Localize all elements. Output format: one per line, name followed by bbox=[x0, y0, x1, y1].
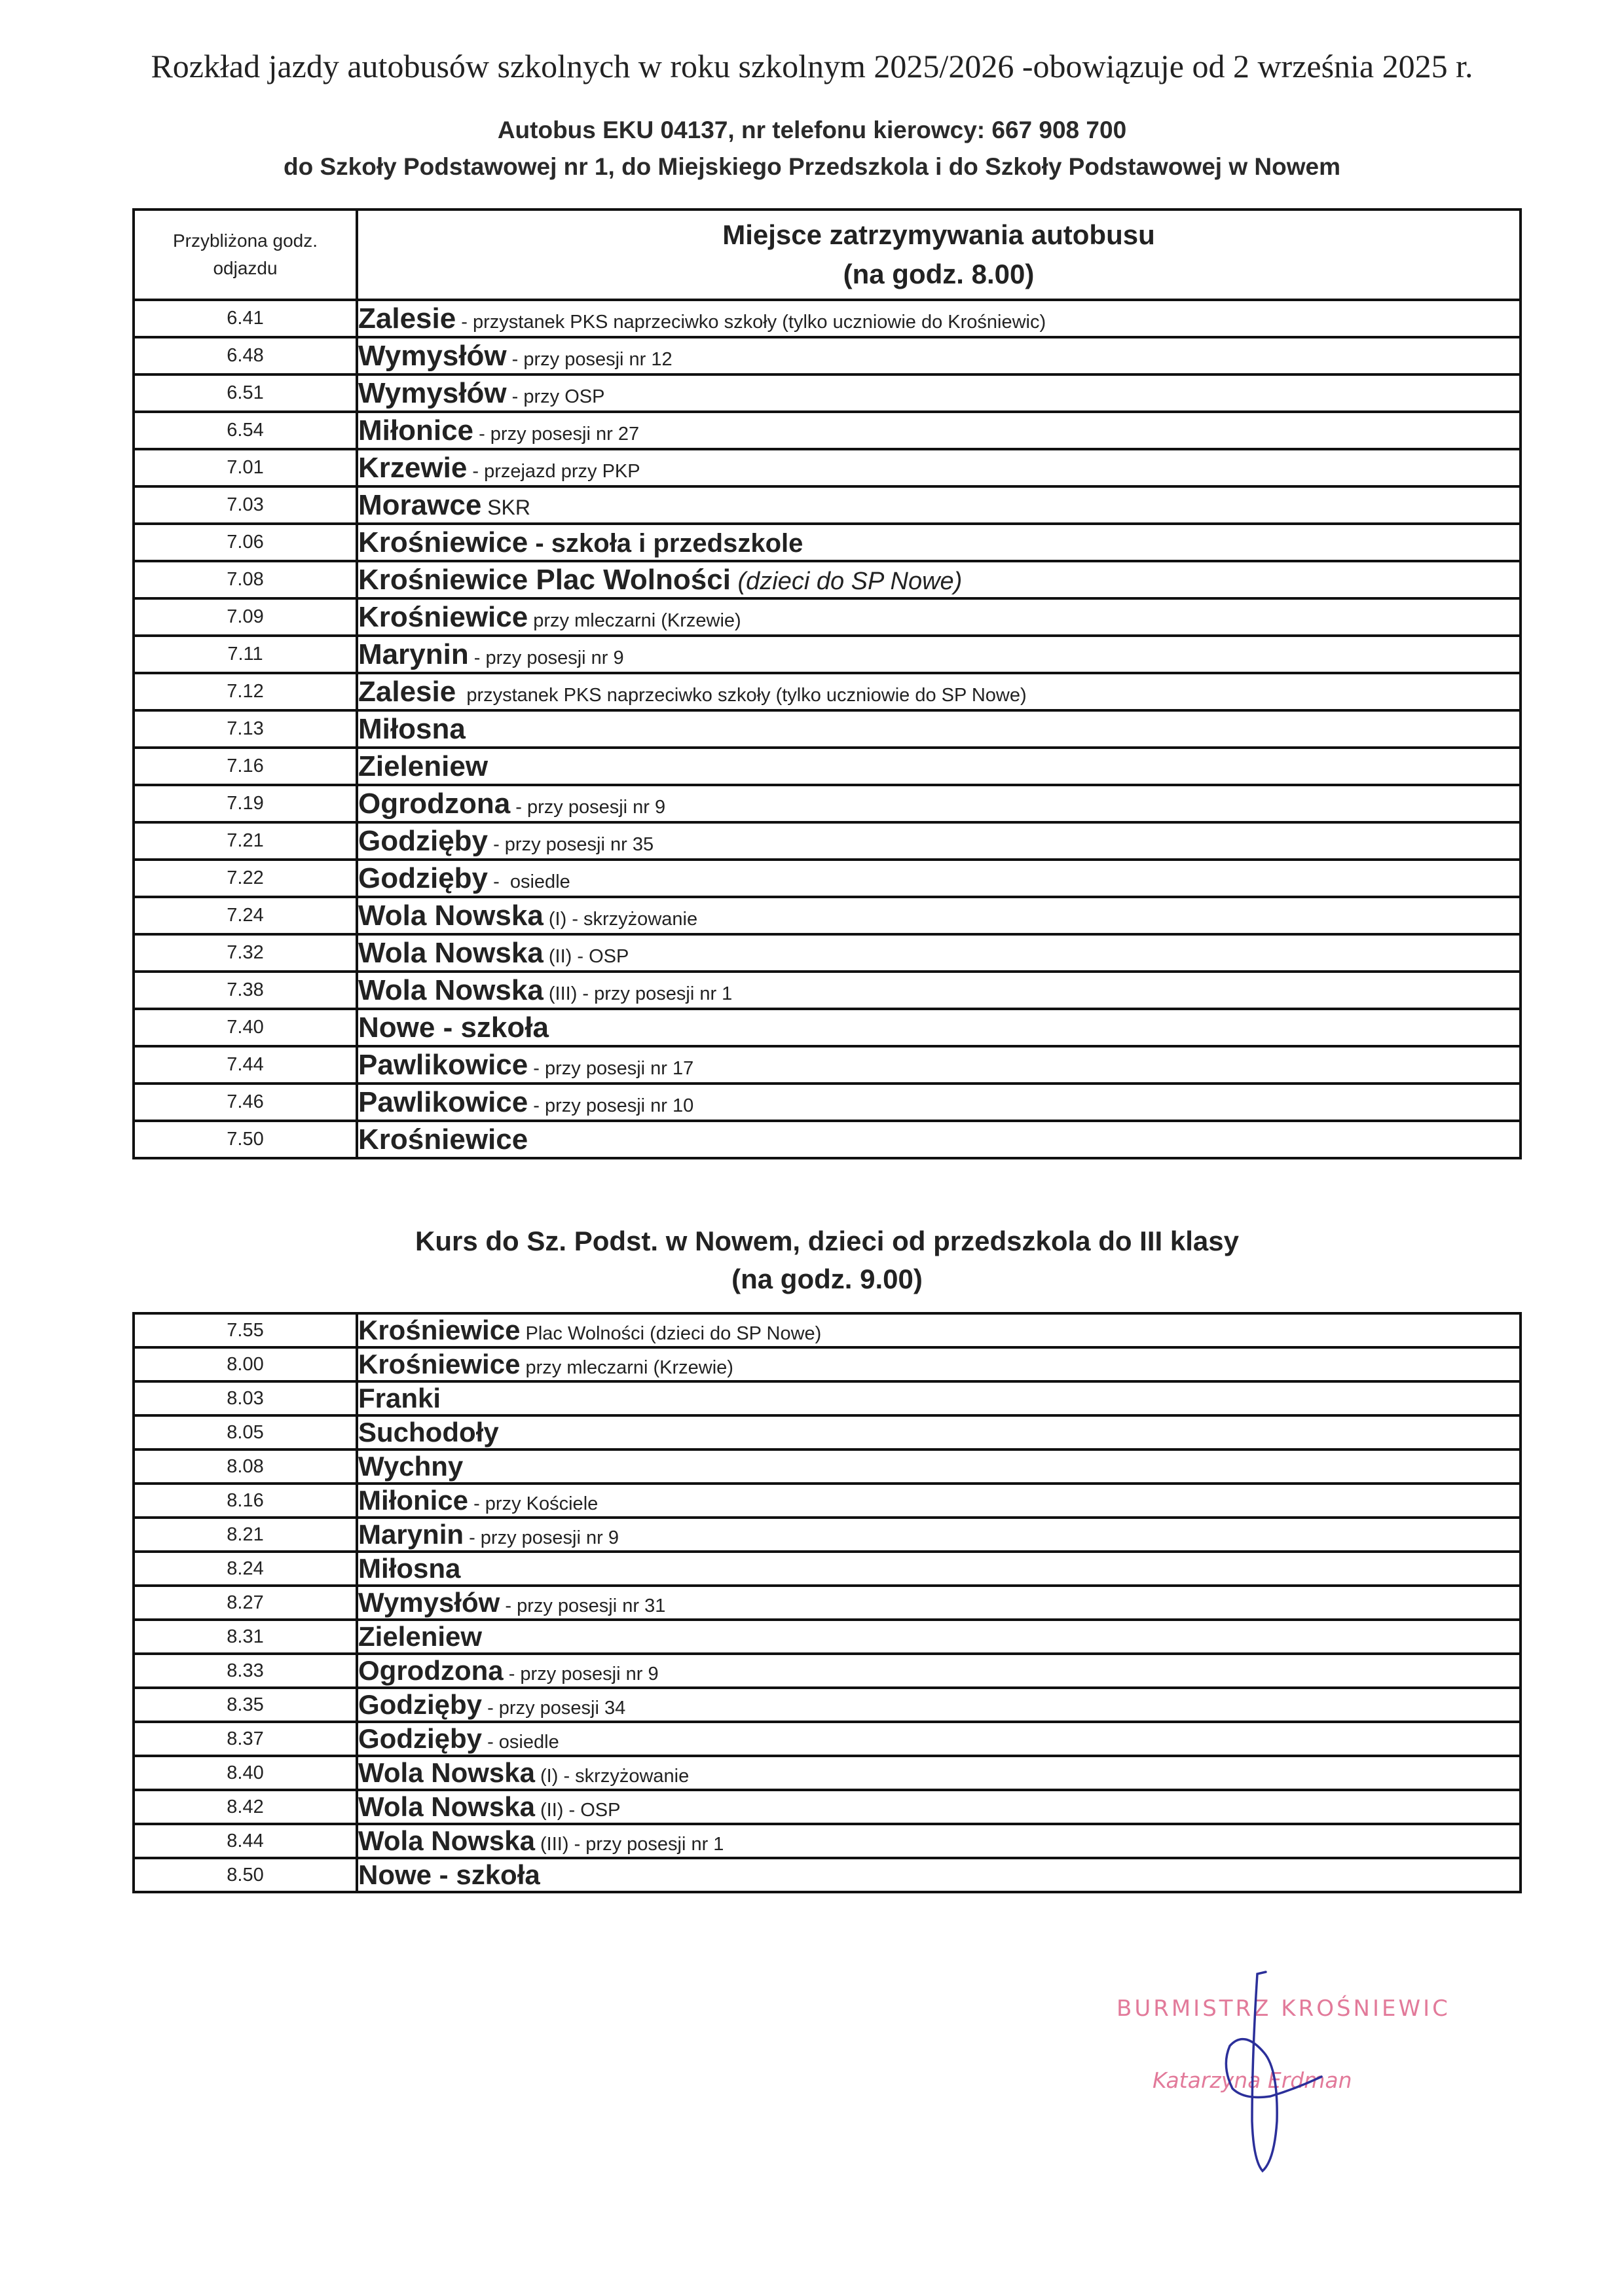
stop-detail: - przy posesji nr 9 bbox=[469, 647, 624, 668]
stop-name: Wola Nowska bbox=[358, 1791, 535, 1822]
departure-time: 8.16 bbox=[134, 1484, 357, 1518]
departure-time: 8.05 bbox=[134, 1415, 357, 1449]
stop-detail: - przy posesji nr 27 bbox=[473, 424, 639, 445]
header-time-line2: odjazdu bbox=[135, 255, 356, 282]
departure-time: 7.19 bbox=[134, 785, 357, 822]
table-row: 8.03Franki bbox=[134, 1381, 1521, 1415]
table-row: 6.48Wymysłów - przy posesji nr 12 bbox=[134, 337, 1521, 374]
stop-name: Marynin bbox=[358, 638, 469, 670]
stop-name: Wychny bbox=[358, 1451, 463, 1482]
stop-place: Miłonice - przy posesji nr 27 bbox=[357, 412, 1521, 449]
stop-detail: (III) - przy posesji nr 1 bbox=[544, 983, 732, 1004]
stop-name: Suchodoły bbox=[358, 1417, 499, 1448]
table-row: 8.16Miłonice - przy Kościele bbox=[134, 1484, 1521, 1518]
handwritten-signature-icon bbox=[1080, 1925, 1506, 2174]
departure-time: 6.41 bbox=[134, 300, 357, 337]
stop-place: Wola Nowska (I) - skrzyżowanie bbox=[357, 897, 1521, 934]
table-row: 7.12Zalesie przystanek PKS naprzeciwko s… bbox=[134, 673, 1521, 710]
table-row: 7.08Krośniewice Plac Wolności (dzieci do… bbox=[134, 561, 1521, 598]
departure-time: 8.33 bbox=[134, 1654, 357, 1688]
departure-time: 6.51 bbox=[134, 374, 357, 412]
stop-place: Godzięby - osiedle bbox=[357, 1722, 1521, 1756]
table-row: 7.06Krośniewice - szkoła i przedszkole bbox=[134, 524, 1521, 561]
table-row: 6.51Wymysłów - przy OSP bbox=[134, 374, 1521, 412]
table-row: 8.31Zieleniew bbox=[134, 1620, 1521, 1654]
departure-time: 7.12 bbox=[134, 673, 357, 710]
stop-place: Wola Nowska (III) - przy posesji nr 1 bbox=[357, 1824, 1521, 1858]
header-time-line1: Przybliżona godz. bbox=[135, 227, 356, 255]
stop-detail: przy mleczarni (Krzewie) bbox=[528, 610, 741, 631]
table-row: 8.40Wola Nowska (I) - skrzyżowanie bbox=[134, 1756, 1521, 1790]
stop-name: Wola Nowska bbox=[358, 900, 544, 932]
departure-time: 7.44 bbox=[134, 1046, 357, 1084]
stop-place: Wola Nowska (III) - przy posesji nr 1 bbox=[357, 972, 1521, 1009]
departure-time: 8.27 bbox=[134, 1586, 357, 1620]
stop-detail: (I) - skrzyżowanie bbox=[535, 1766, 689, 1787]
departure-time: 8.44 bbox=[134, 1824, 357, 1858]
stop-name: Morawce bbox=[358, 489, 481, 521]
departure-time: 7.24 bbox=[134, 897, 357, 934]
stop-name: Zalesie bbox=[358, 676, 456, 708]
departure-time: 8.40 bbox=[134, 1756, 357, 1790]
departure-time: 8.42 bbox=[134, 1790, 357, 1824]
table-row: 7.24Wola Nowska (I) - skrzyżowanie bbox=[134, 897, 1521, 934]
stop-detail: przystanek PKS naprzeciwko szkoły (tylko… bbox=[456, 685, 1026, 706]
table-row: 8.24Miłosna bbox=[134, 1552, 1521, 1586]
stop-place: Godzięby - osiedle bbox=[357, 860, 1521, 897]
header-place-line1: Miejsce zatrzymywania autobusu bbox=[358, 215, 1519, 255]
stop-name: Miłosna bbox=[358, 713, 466, 745]
departure-time: 7.22 bbox=[134, 860, 357, 897]
table-row: 8.21Marynin - przy posesji nr 9 bbox=[134, 1518, 1521, 1552]
section2-subheading: (na godz. 9.00) bbox=[132, 1264, 1522, 1295]
stop-place: Marynin - przy posesji nr 9 bbox=[357, 636, 1521, 673]
departure-time: 7.03 bbox=[134, 486, 357, 524]
stop-name: Godzięby bbox=[358, 825, 488, 857]
stop-place: Nowe - szkoła bbox=[357, 1858, 1521, 1892]
departure-time: 7.21 bbox=[134, 822, 357, 860]
stop-detail: przy mleczarni (Krzewie) bbox=[520, 1357, 733, 1378]
table-row: 7.32Wola Nowska (II) - OSP bbox=[134, 934, 1521, 972]
stop-place: Krzewie - przejazd przy PKP bbox=[357, 449, 1521, 486]
stop-detail: (II) - OSP bbox=[544, 946, 629, 967]
stop-name: Zieleniew bbox=[358, 750, 488, 782]
table-row: 7.13Miłosna bbox=[134, 710, 1521, 748]
table-row: 7.22Godzięby - osiedle bbox=[134, 860, 1521, 897]
stop-place: Godzięby - przy posesji 34 bbox=[357, 1688, 1521, 1722]
stop-name: Krośniewice bbox=[358, 1349, 520, 1379]
table-row: 7.21Godzięby - przy posesji nr 35 bbox=[134, 822, 1521, 860]
stop-name: Wola Nowska bbox=[358, 937, 544, 969]
stop-name: Krośniewice Plac Wolności bbox=[358, 564, 731, 596]
stop-detail: - przy Kościele bbox=[468, 1493, 598, 1514]
stop-name: Nowe - szkoła bbox=[358, 1859, 540, 1890]
stop-place: Miłosna bbox=[357, 710, 1521, 748]
departure-time: 8.00 bbox=[134, 1347, 357, 1381]
stop-place: Pawlikowice - przy posesji nr 17 bbox=[357, 1046, 1521, 1084]
stop-place: Morawce SKR bbox=[357, 486, 1521, 524]
stop-name: Wola Nowska bbox=[358, 1825, 535, 1856]
morning-schedule-rows: 6.41Zalesie - przystanek PKS naprzeciwko… bbox=[134, 300, 1521, 1158]
stop-name: Pawlikowice bbox=[358, 1049, 528, 1081]
departure-time: 8.24 bbox=[134, 1552, 357, 1586]
mayor-stamp: BURMISTRZ KROŚNIEWIC Katarzyna Erdman bbox=[1080, 1925, 1506, 2174]
departure-time: 7.13 bbox=[134, 710, 357, 748]
stop-name: Wola Nowska bbox=[358, 974, 544, 1006]
table-row: 7.19Ogrodzona - przy posesji nr 9 bbox=[134, 785, 1521, 822]
departure-time: 7.06 bbox=[134, 524, 357, 561]
stop-detail: - przy posesji nr 12 bbox=[507, 349, 673, 370]
stop-place: Wymysłów - przy posesji nr 12 bbox=[357, 337, 1521, 374]
header-stop-place: Miejsce zatrzymywania autobusu (na godz.… bbox=[357, 210, 1521, 300]
table-row: 8.42Wola Nowska (II) - OSP bbox=[134, 1790, 1521, 1824]
stop-detail: - przy posesji 34 bbox=[482, 1698, 625, 1719]
stop-place: Zieleniew bbox=[357, 1620, 1521, 1654]
stop-detail: - osiedle bbox=[482, 1732, 559, 1753]
stop-place: Wychny bbox=[357, 1449, 1521, 1484]
bus-info: Autobus EKU 04137, nr telefonu kierowcy:… bbox=[0, 117, 1624, 144]
stop-place: Suchodoły bbox=[357, 1415, 1521, 1449]
departure-time: 8.37 bbox=[134, 1722, 357, 1756]
table-row: 7.01Krzewie - przejazd przy PKP bbox=[134, 449, 1521, 486]
departure-time: 7.16 bbox=[134, 748, 357, 785]
stop-place: Pawlikowice - przy posesji nr 10 bbox=[357, 1084, 1521, 1121]
table-row: 7.03Morawce SKR bbox=[134, 486, 1521, 524]
stop-name: Godzięby bbox=[358, 862, 488, 894]
stop-place: Krośniewice bbox=[357, 1121, 1521, 1158]
stop-name: Wola Nowska bbox=[358, 1757, 535, 1788]
table-row: 7.46Pawlikowice - przy posesji nr 10 bbox=[134, 1084, 1521, 1121]
destination-info: do Szkoły Podstawowej nr 1, do Miejskieg… bbox=[0, 153, 1624, 181]
stop-place: Ogrodzona - przy posesji nr 9 bbox=[357, 785, 1521, 822]
stop-detail: (I) - skrzyżowanie bbox=[544, 909, 697, 930]
departure-time: 7.01 bbox=[134, 449, 357, 486]
table-row: 8.27Wymysłów - przy posesji nr 31 bbox=[134, 1586, 1521, 1620]
stop-name: Marynin bbox=[358, 1519, 464, 1550]
table-row: 7.55Krośniewice Plac Wolności (dzieci do… bbox=[134, 1313, 1521, 1347]
stop-name: Krośniewice bbox=[358, 1315, 520, 1345]
section2-heading: Kurs do Sz. Podst. w Nowem, dzieci od pr… bbox=[132, 1226, 1522, 1257]
departure-time: 7.32 bbox=[134, 934, 357, 972]
stop-name: Krośniewice bbox=[358, 526, 528, 558]
stop-place: Krośniewice - szkoła i przedszkole bbox=[357, 524, 1521, 561]
departure-time: 8.35 bbox=[134, 1688, 357, 1722]
table-row: 7.50Krośniewice bbox=[134, 1121, 1521, 1158]
departure-time: 7.50 bbox=[134, 1121, 357, 1158]
stop-name: Miłonice bbox=[358, 1485, 468, 1516]
second-course-rows: 7.55Krośniewice Plac Wolności (dzieci do… bbox=[134, 1313, 1521, 1892]
document-title: Rozkład jazdy autobusów szkolnych w roku… bbox=[0, 47, 1624, 85]
stop-detail: - przy posesji nr 17 bbox=[528, 1058, 693, 1079]
table-row: 7.38Wola Nowska (III) - przy posesji nr … bbox=[134, 972, 1521, 1009]
stop-detail: - przystanek PKS naprzeciwko szkoły (tyl… bbox=[456, 312, 1046, 333]
stop-name: Krośniewice bbox=[358, 1123, 528, 1156]
stop-detail: SKR bbox=[481, 496, 530, 519]
departure-time: 6.48 bbox=[134, 337, 357, 374]
stop-place: Zieleniew bbox=[357, 748, 1521, 785]
departure-time: 8.31 bbox=[134, 1620, 357, 1654]
stop-detail: - przy posesji nr 35 bbox=[488, 834, 654, 855]
stop-place: Krośniewice przy mleczarni (Krzewie) bbox=[357, 598, 1521, 636]
stop-name: Wymysłów bbox=[358, 1587, 500, 1618]
stop-place: Krośniewice przy mleczarni (Krzewie) bbox=[357, 1347, 1521, 1381]
stop-name: Miłonice bbox=[358, 414, 473, 446]
departure-time: 8.21 bbox=[134, 1518, 357, 1552]
morning-schedule-table: Przybliżona godz. odjazdu Miejsce zatrzy… bbox=[132, 208, 1522, 1159]
stop-name: Miłosna bbox=[358, 1553, 460, 1584]
stop-detail: - przy posesji nr 31 bbox=[500, 1595, 665, 1616]
stop-place: Franki bbox=[357, 1381, 1521, 1415]
stop-detail: - przy posesji nr 9 bbox=[510, 797, 665, 818]
table-header-row: Przybliżona godz. odjazdu Miejsce zatrzy… bbox=[134, 210, 1521, 300]
departure-time: 8.50 bbox=[134, 1858, 357, 1892]
stop-place: Godzięby - przy posesji nr 35 bbox=[357, 822, 1521, 860]
table-row: 8.35Godzięby - przy posesji 34 bbox=[134, 1688, 1521, 1722]
stop-detail: - przy posesji nr 9 bbox=[464, 1527, 619, 1548]
table-row: 8.08Wychny bbox=[134, 1449, 1521, 1484]
header-departure-time: Przybliżona godz. odjazdu bbox=[134, 210, 357, 300]
departure-time: 8.08 bbox=[134, 1449, 357, 1484]
stop-name: Godzięby bbox=[358, 1689, 482, 1720]
stop-name: Nowe - szkoła bbox=[358, 1011, 549, 1044]
stop-place: Wola Nowska (II) - OSP bbox=[357, 1790, 1521, 1824]
table-row: 8.00Krośniewice przy mleczarni (Krzewie) bbox=[134, 1347, 1521, 1381]
stop-place: Miłonice - przy Kościele bbox=[357, 1484, 1521, 1518]
departure-time: 7.09 bbox=[134, 598, 357, 636]
stop-name: Ogrodzona bbox=[358, 788, 510, 820]
second-course-table: 7.55Krośniewice Plac Wolności (dzieci do… bbox=[132, 1312, 1522, 1893]
stop-place: Wola Nowska (II) - OSP bbox=[357, 934, 1521, 972]
table-row: 7.16Zieleniew bbox=[134, 748, 1521, 785]
table-row: 8.37Godzięby - osiedle bbox=[134, 1722, 1521, 1756]
stop-place: Wymysłów - przy posesji nr 31 bbox=[357, 1586, 1521, 1620]
stop-detail: Plac Wolności (dzieci do SP Nowe) bbox=[520, 1323, 821, 1344]
stop-name: Franki bbox=[358, 1383, 441, 1413]
table-row: 8.50Nowe - szkoła bbox=[134, 1858, 1521, 1892]
stop-detail: - przy posesji nr 9 bbox=[504, 1664, 659, 1685]
stop-place: Marynin - przy posesji nr 9 bbox=[357, 1518, 1521, 1552]
table-row: 6.54Miłonice - przy posesji nr 27 bbox=[134, 412, 1521, 449]
stop-name: Godzięby bbox=[358, 1723, 482, 1754]
table-row: 7.40Nowe - szkoła bbox=[134, 1009, 1521, 1046]
stop-place: Wola Nowska (I) - skrzyżowanie bbox=[357, 1756, 1521, 1790]
departure-time: 7.55 bbox=[134, 1313, 357, 1347]
table-row: 7.11Marynin - przy posesji nr 9 bbox=[134, 636, 1521, 673]
table-row: 8.05Suchodoły bbox=[134, 1415, 1521, 1449]
stop-detail: - przejazd przy PKP bbox=[467, 461, 640, 482]
departure-time: 7.08 bbox=[134, 561, 357, 598]
stop-place: Zalesie - przystanek PKS naprzeciwko szk… bbox=[357, 300, 1521, 337]
departure-time: 7.38 bbox=[134, 972, 357, 1009]
stop-detail: - osiedle bbox=[488, 871, 570, 892]
stop-name: Krośniewice bbox=[358, 601, 528, 633]
table-row: 7.44Pawlikowice - przy posesji nr 17 bbox=[134, 1046, 1521, 1084]
stop-detail: - przy posesji nr 10 bbox=[528, 1095, 693, 1116]
stop-detail: (II) - OSP bbox=[535, 1800, 621, 1821]
stop-place: Krośniewice Plac Wolności (dzieci do SP … bbox=[357, 1313, 1521, 1347]
stop-name: Krzewie bbox=[358, 452, 467, 484]
departure-time: 7.40 bbox=[134, 1009, 357, 1046]
stop-place: Ogrodzona - przy posesji nr 9 bbox=[357, 1654, 1521, 1688]
stop-detail: (dzieci do SP Nowe) bbox=[731, 568, 962, 595]
departure-time: 6.54 bbox=[134, 412, 357, 449]
stop-place: Miłosna bbox=[357, 1552, 1521, 1586]
stop-name: Wymysłów bbox=[358, 377, 507, 409]
stop-name: Pawlikowice bbox=[358, 1086, 528, 1118]
departure-time: 7.46 bbox=[134, 1084, 357, 1121]
stop-name: Zieleniew bbox=[358, 1621, 482, 1652]
departure-time: 7.11 bbox=[134, 636, 357, 673]
stop-name: Zalesie bbox=[358, 302, 456, 335]
table-row: 8.44Wola Nowska (III) - przy posesji nr … bbox=[134, 1824, 1521, 1858]
table-row: 6.41Zalesie - przystanek PKS naprzeciwko… bbox=[134, 300, 1521, 337]
table-row: 8.33Ogrodzona - przy posesji nr 9 bbox=[134, 1654, 1521, 1688]
stop-detail: - szkoła i przedszkole bbox=[528, 529, 803, 558]
table-row: 7.09Krośniewice przy mleczarni (Krzewie) bbox=[134, 598, 1521, 636]
stop-place: Wymysłów - przy OSP bbox=[357, 374, 1521, 412]
stop-place: Krośniewice Plac Wolności (dzieci do SP … bbox=[357, 561, 1521, 598]
stop-detail: (III) - przy posesji nr 1 bbox=[535, 1834, 724, 1855]
stop-detail: - przy OSP bbox=[507, 386, 605, 407]
header-place-line2: (na godz. 8.00) bbox=[358, 255, 1519, 294]
departure-time: 8.03 bbox=[134, 1381, 357, 1415]
stop-place: Nowe - szkoła bbox=[357, 1009, 1521, 1046]
stop-name: Wymysłów bbox=[358, 340, 507, 372]
stop-name: Ogrodzona bbox=[358, 1655, 504, 1686]
stop-place: Zalesie przystanek PKS naprzeciwko szkoł… bbox=[357, 673, 1521, 710]
